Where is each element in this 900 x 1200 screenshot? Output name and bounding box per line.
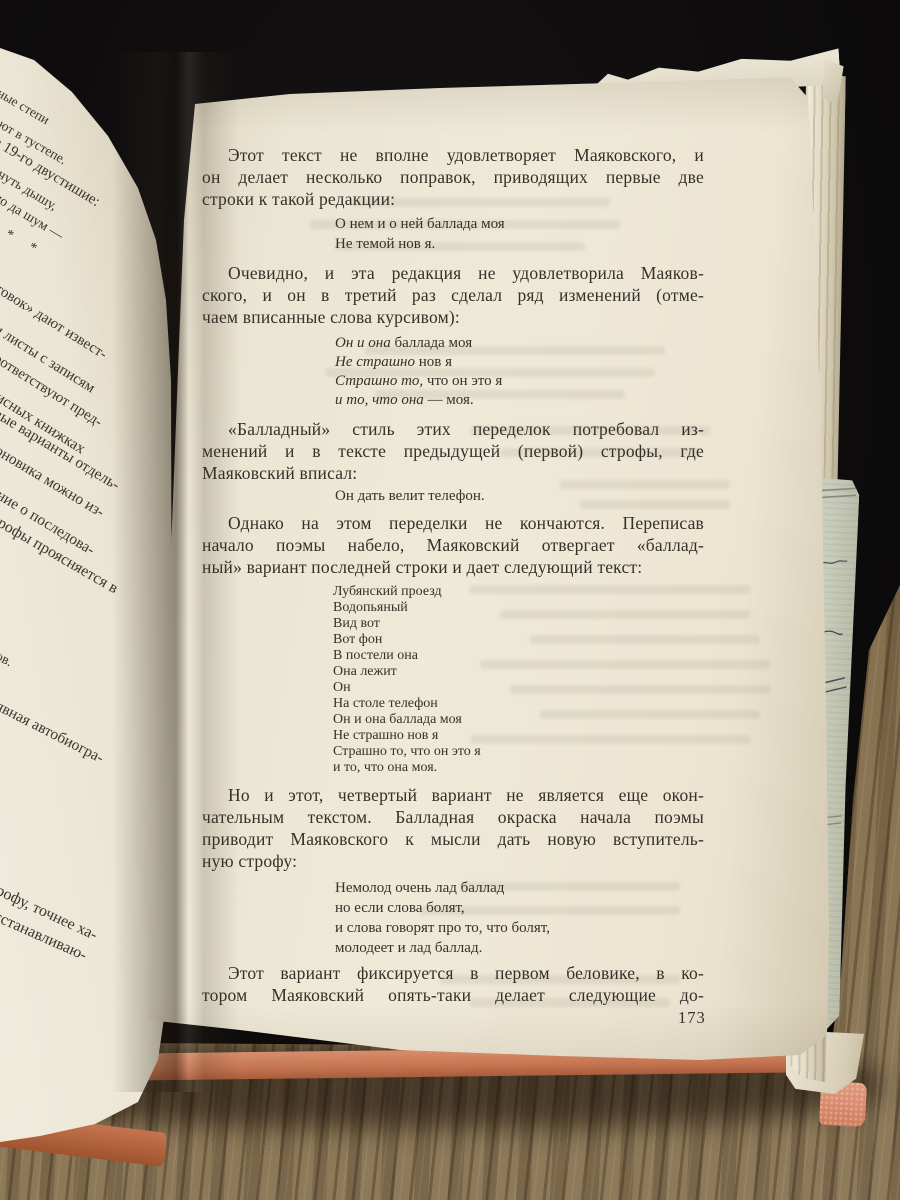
paragraph-line: начало поэмы набело, Маяковский отвергае… (202, 534, 704, 556)
paragraph-line: Однако на этом переделки не кончаются. П… (202, 512, 704, 534)
paragraph-line: чательным текстом. Балладная окраска нач… (202, 806, 704, 828)
verse-line: Не страшно нов я (335, 353, 704, 372)
verse-block: Немолод очень лад баллад но если слова б… (335, 878, 704, 958)
paragraph: Этот текст не вполне удовлетворяет Маяко… (202, 144, 704, 210)
verse-italic: Страшно то, (335, 373, 423, 389)
verse-block: О нем и о ней баллада моя Не темой нов я… (335, 214, 704, 254)
paragraph: Но и этот, четвертый вариант не является… (202, 784, 704, 872)
verse-line: Водопьяный (333, 600, 704, 616)
paragraph: Этот вариант фиксируется в первом белови… (202, 962, 704, 1006)
verse-line: Он (333, 680, 704, 696)
verse-line: и то, что она моя. (333, 760, 704, 776)
verse-block: Лубянский проезд Водопьяный Вид вот Вот … (333, 584, 704, 776)
verse-italic: Он и она (335, 335, 391, 351)
paragraph-line: Но и этот, четвертый вариант не является… (202, 784, 704, 806)
verse-line: Он и она баллада моя (333, 712, 704, 728)
verse-line: Страшно то, что он это я (335, 372, 704, 391)
paragraph: Однако на этом переделки не кончаются. П… (202, 512, 704, 578)
verse-roman: баллада моя (394, 335, 472, 351)
verse-block: Он дать велит телефон. (335, 486, 704, 506)
verse-line: Не страшно нов я (333, 728, 704, 744)
verse-line: Немолод очень лад баллад (335, 878, 704, 898)
left-page-fragment: ов. (0, 649, 15, 671)
verse-line: Лубянский проезд (333, 584, 704, 600)
paragraph-line: строки к такой редакции: (202, 188, 704, 210)
paragraph: Очевидно, и эта редакция не удовлетворил… (202, 262, 704, 328)
paragraph-line: Маяковский вписал: (202, 462, 704, 484)
verse-line: Страшно то, что он это я (333, 744, 704, 760)
verse-line: Он дать велит телефон. (335, 486, 704, 506)
verse-roman: нов я (419, 354, 452, 370)
verse-italic: и то, что она (335, 392, 424, 408)
verse-line: молодеет и лад баллад. (335, 938, 704, 958)
paragraph-line: Этот текст не вполне удовлетворяет Маяко… (202, 144, 704, 166)
page-number: 173 (678, 1008, 706, 1028)
verse-line: и то, что она — моя. (335, 391, 704, 410)
verse-roman: — моя. (428, 392, 474, 408)
paragraph-line: приводит Маяковского к мысли дать новую … (202, 828, 704, 850)
paragraph-line: чаем вписанные слова курсивом): (202, 306, 704, 328)
verse-line: и слова говорят про то, что болят, (335, 918, 704, 938)
paragraph-line: ского, и он в третий раз сделал ряд изме… (202, 284, 704, 306)
paragraph-line: он делает несколько поправок, приводящих… (202, 166, 704, 188)
verse-block: Он и она баллада моя Не страшно нов я Ст… (335, 334, 704, 410)
paragraph: «Балладный» стиль этих переделок потребо… (202, 418, 704, 484)
page-text: Этот текст не вполне удовлетворяет Маяко… (202, 144, 704, 1006)
paragraph-line: менений и в тексте предыдущей (первой) с… (202, 440, 704, 462)
verse-line: Он и она баллада моя (335, 334, 704, 353)
left-page-fragment: зана явная автобиогра- (0, 683, 107, 768)
paragraph-line: «Балладный» стиль этих переделок потребо… (202, 418, 704, 440)
verse-line: Не темой нов я. (335, 234, 704, 254)
verse-line: но если слова болят, (335, 898, 704, 918)
paragraph-line: тором Маяковский опять-таки делает следу… (202, 984, 704, 1006)
book-photo-scene: каленные степи и вздыхают в тустепе. лис… (0, 0, 900, 1200)
paragraph-line: ную строфу: (202, 850, 704, 872)
verse-italic: Не страшно (335, 354, 415, 370)
paragraph-line: Этот вариант фиксируется в первом белови… (202, 962, 704, 984)
paragraph-line: ный» вариант последней строки и дает сле… (202, 556, 704, 578)
verse-line: Вид вот (333, 616, 704, 632)
verse-line: В постели она (333, 648, 704, 664)
verse-line: О нем и о ней баллада моя (335, 214, 704, 234)
verse-line: Вот фон (333, 632, 704, 648)
right-page: Этот текст не вполне удовлетворяет Маяко… (140, 70, 850, 1105)
paragraph-line: Очевидно, и эта редакция не удовлетворил… (202, 262, 704, 284)
verse-line: Она лежит (333, 664, 704, 680)
verse-line: На столе телефон (333, 696, 704, 712)
verse-roman: что он это я (427, 373, 502, 389)
